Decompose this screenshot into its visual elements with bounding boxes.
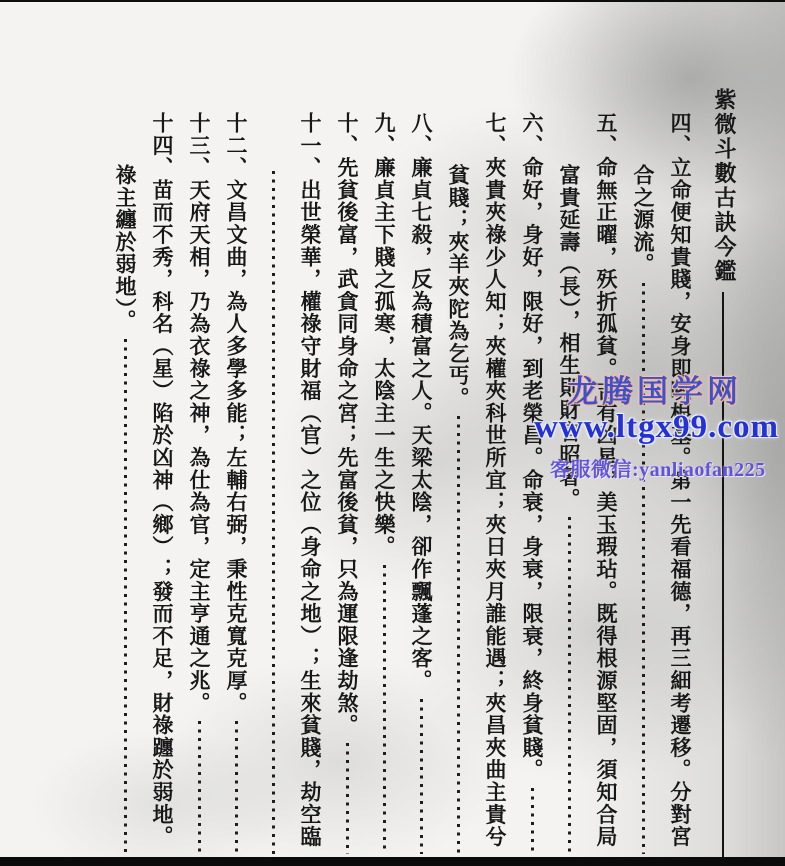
column-item-12-text: 十二、文昌文曲，為人多學多能；左輔右弼，秉性克寬克厚。 [223, 112, 249, 714]
column-item-13: 十三、天府天相，乃為衣祿之神，為仕為官，定主亨通之兆。 [186, 88, 212, 856]
column-item-11: 十一、出世榮華，權祿守財福（官）之位（身命之地）；生來貧賤，劫空臨 [297, 88, 323, 856]
column-item-11-text: 十一、出世榮華，權祿守財福（官）之位（身命之地）；生來貧賤，劫空臨 [297, 112, 323, 848]
column-item-7-text: 七、夾貴夾祿少人知；夾權夾科世所宜；夾日夾月誰能遇；夾昌夾曲主貴兮 [482, 112, 508, 848]
scan-edge-bottom [0, 857, 785, 866]
dot-leader [124, 339, 127, 854]
column-item-10: 十、先貧後富，武貪同身命之宮；先富後貧，只為運限逢劫煞。 [334, 88, 360, 856]
column-item-9-text: 九、廉貞主下賤之孤寒，太陰主一生之快樂。 [371, 112, 397, 558]
column-item-13-text: 十三、天府天相，乃為衣祿之神，為仕為官，定主亨通之兆。 [186, 112, 212, 714]
dot-leader [346, 743, 349, 854]
column-item-8: 八、廉貞七殺，反為積富之人。天梁太陰，卻作飄蓬之客。 [408, 88, 434, 856]
dot-leader [235, 721, 238, 854]
column-item-11-continuation [260, 88, 286, 856]
dot-leader [383, 565, 386, 854]
column-item-14: 十四、苗而不秀，科名（星）陷於凶神（鄉）；發而不足，財祿躔於弱地。 [149, 88, 175, 856]
column-item-14-text: 十四、苗而不秀，科名（星）陷於凶神（鄉）；發而不足，財祿躔於弱地。 [149, 112, 175, 848]
dot-leader [198, 721, 201, 854]
book-title-text: 紫微斗數古訣今鑑 [711, 88, 737, 284]
watermark-site-url: www.ltgx99.com [534, 409, 779, 446]
column-item-10-text: 十、先貧後富，武貪同身命之宮；先富後貧，只為運限逢劫煞。 [334, 112, 360, 736]
column-item-8-text: 八、廉貞七殺，反為積富之人。天梁太陰，卻作飄蓬之客。 [408, 112, 434, 692]
column-item-7-cont-text: 貧賤；夾羊夾陀為乞丐。 [445, 164, 471, 409]
column-item-14-cont-text: 祿主纏於弱地）。 [112, 164, 138, 332]
dot-leader [272, 171, 275, 854]
dot-leader [420, 699, 423, 854]
dot-leader [457, 416, 460, 854]
dot-leader [568, 517, 571, 854]
column-item-7-continuation: 貧賤；夾羊夾陀為乞丐。 [445, 88, 471, 856]
scan-edge-top [0, 0, 785, 2]
column-item-6-text: 六、命好，身好，限好，到老榮昌。命衰，身衰，限衰，終身貧賤。 [519, 112, 545, 781]
column-item-6: 六、命好，身好，限好，到老榮昌。命衰，身衰，限衰，終身貧賤。 [519, 88, 545, 856]
scanned-book-page: 紫微斗數古訣今鑑 四、立命便知貴賤，安身即曉根基。第一先看福德，再三細考遷移。分… [0, 0, 785, 866]
watermark-contact: 客服微信:yanliaofan225 [550, 453, 766, 482]
column-item-7: 七、夾貴夾祿少人知；夾權夾科世所宜；夾日夾月誰能遇；夾昌夾曲主貴兮 [482, 88, 508, 856]
column-item-9: 九、廉貞主下賤之孤寒，太陰主一生之快樂。 [371, 88, 397, 856]
dot-leader [531, 788, 534, 854]
column-item-4-cont-text: 合之源流。 [630, 164, 656, 276]
watermark-site-name: 龙腾国学网 [567, 366, 742, 411]
column-item-12: 十二、文昌文曲，為人多學多能；左輔右弼，秉性克寬克厚。 [223, 88, 249, 856]
column-item-14-continuation: 祿主纏於弱地）。 [112, 88, 138, 856]
